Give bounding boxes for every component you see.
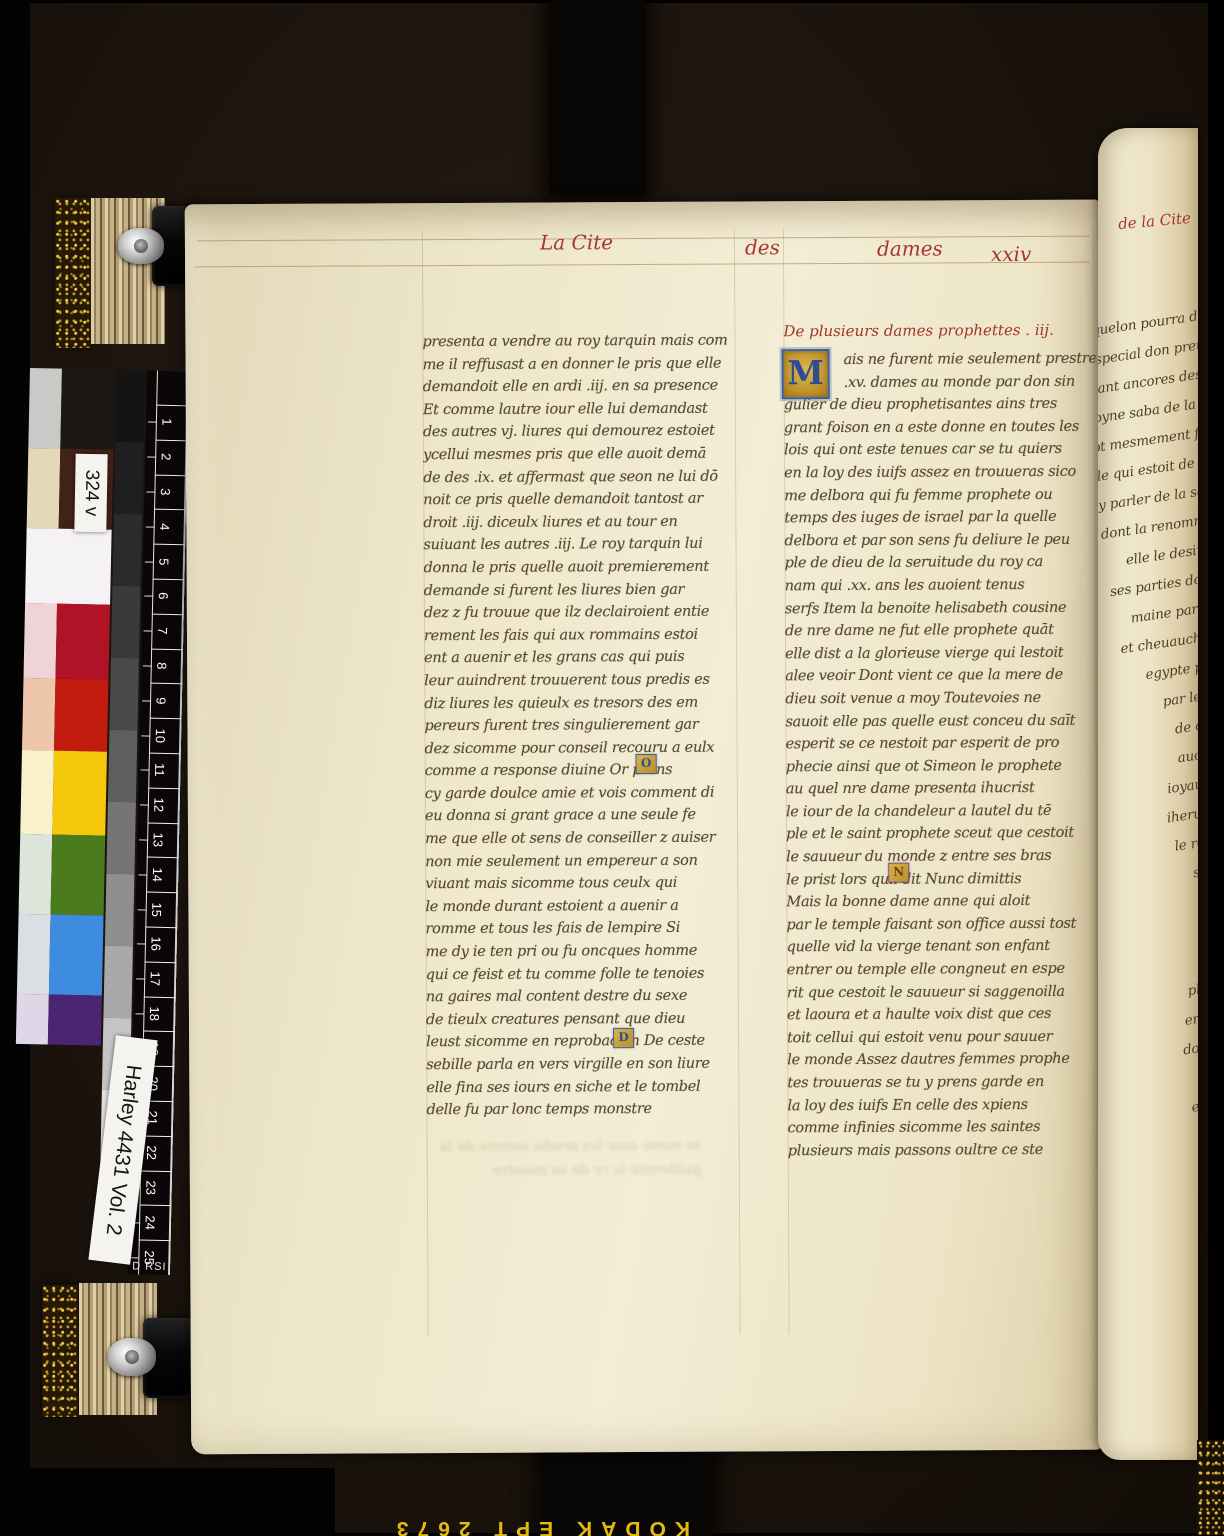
text-line: me dy ie ten pri ou fu oncques homme	[426, 940, 738, 964]
grayscale-step	[114, 442, 144, 515]
text-line: pereurs furent tres singulierement gar	[424, 714, 736, 738]
color-patch-tint	[27, 448, 61, 529]
grayscale-step	[106, 802, 136, 875]
color-patch-tint	[17, 914, 51, 995]
text-line: ple et le saint prophete sceut que cesto…	[786, 822, 1098, 846]
running-title-part: xxiv	[991, 242, 1031, 266]
text-line: dieu soit venue a moy Toutevoies ne	[785, 687, 1097, 711]
text-line: au quel nre dame presenta ihucrist	[786, 777, 1098, 801]
color-patch-row	[24, 603, 111, 680]
color-patch-row	[19, 834, 106, 916]
color-patch-solid	[51, 835, 106, 916]
text-line: eu donna si grant grace a une seule fe	[425, 804, 737, 828]
text-line: le sauueur du monde z entre ses bras	[786, 845, 1098, 869]
text-line: ent a auenir et les grans cas qui puis	[424, 646, 736, 670]
running-title-part: des	[745, 235, 780, 259]
ruler-mark: 1	[146, 404, 189, 440]
film-edge-marking: KODAK EPT 2673	[318, 1506, 690, 1536]
color-patch-row	[25, 528, 112, 605]
text-line: alee veoir Dont vient ce que la mere de	[785, 664, 1097, 688]
text-line: le monde durant estoient a auenir a	[425, 894, 737, 918]
text-line: tes trouueras se tu y prens garde en	[787, 1071, 1099, 1095]
text-line: le iour de la chandeleur a lautel du tē	[786, 800, 1098, 824]
ruler-number: 4	[157, 523, 172, 531]
ruler-mark: 18	[133, 996, 176, 1032]
text-line: temps des iuges de israel par la quelle	[784, 506, 1096, 530]
text-line: romme et tous les fais de lempire Si	[425, 917, 737, 941]
color-patch-solid	[48, 995, 102, 1046]
grayscale-step	[111, 586, 141, 659]
text-line: elle dist a la glorieuse vierge qui lest…	[785, 641, 1097, 665]
text-line: delbora et par son sens fu deliure le pe…	[784, 528, 1096, 552]
ruler-number: 24	[142, 1215, 157, 1230]
ruler-number: 1	[159, 418, 174, 426]
color-patch-row	[22, 678, 108, 752]
color-patch-solid	[54, 679, 108, 752]
color-patch-row	[20, 750, 107, 836]
inline-initial: D	[613, 1028, 634, 1048]
text-line: dez sicomme pour conseil recouru a eulx	[425, 736, 737, 760]
text-line: nam qui .xx. ans les auoient tenus	[785, 574, 1097, 598]
ruler-number: 22	[144, 1145, 159, 1160]
color-patch-solid	[60, 369, 115, 450]
text-line: de des .ix. et affermast que seon ne lui…	[423, 465, 735, 489]
ruler-number: 23	[143, 1180, 158, 1195]
text-line: dez z fu trouue que ilz declairoient ent…	[424, 601, 736, 625]
text-line: par le temple faisant son office aussi t…	[786, 912, 1098, 936]
illuminated-initial: M	[782, 349, 830, 399]
ruler-mark: 3	[144, 474, 187, 510]
ruler-mark: 10	[139, 718, 182, 754]
text-line: sebille parla en vers virgille en son li…	[426, 1053, 738, 1077]
ruler-number: 15	[149, 902, 164, 917]
ruler-mark: 11	[138, 752, 181, 788]
ruler-mark: 2	[145, 439, 188, 475]
color-patch-solid	[52, 751, 107, 836]
text-line: donna le pris quelle auoit premierement	[424, 555, 736, 579]
text-line: demandoit elle en ardi .iij. en sa prese…	[423, 375, 735, 399]
text-line: delle fu par lonc temps monstre	[426, 1098, 738, 1122]
text-line: leust sicomme en reprobacion De ceste	[426, 1030, 738, 1054]
color-patch-row	[17, 914, 104, 996]
text-line: .xv. dames au monde par don sin	[784, 370, 1096, 394]
text-line: me il reffusast a en donner le pris que …	[423, 352, 735, 376]
manuscript-page-verso: La Cite des dames xxiv presenta a vendre…	[185, 200, 1106, 1455]
verso-right-column-lines: ais ne furent mie seulement prestres.xv.…	[784, 348, 1100, 1163]
text-line: viuant mais sicomme tous ceulx qui	[425, 872, 737, 896]
text-line: gulier de dieu prophetisantes ains tres	[784, 393, 1096, 417]
text-line: elle fina ses iours en siche et le tombe…	[426, 1075, 738, 1099]
text-line: grant foison en a este donne en toutes l…	[784, 415, 1096, 439]
grayscale-step	[108, 730, 138, 803]
color-patch-tint	[24, 603, 58, 679]
ruler-number: 8	[154, 662, 169, 670]
running-title-part: La Cite	[540, 230, 613, 254]
text-line: non mie seulement un empereur a son	[425, 849, 737, 873]
color-patch-solid	[56, 604, 111, 680]
manuscript-photograph: 1234567891011121314151617181920212223242…	[0, 0, 1224, 1536]
text-line: diz liures les quieulx es tresors des em	[424, 691, 736, 715]
ruler-number: 14	[150, 867, 165, 882]
photo-bottom-shadow	[0, 1468, 335, 1536]
color-patch-row	[16, 994, 102, 1046]
text-line: Et comme lautre iour elle lui demandast	[423, 397, 735, 421]
text-line: me que elle ot sens de conseiller z auis…	[425, 827, 737, 851]
text-line: cy garde doulce amie et vois comment di	[425, 781, 737, 805]
ghost-line: se mone asse les predis somme de la	[440, 1134, 702, 1159]
text-line: en la loy des iuifs assez en trouueras s…	[784, 461, 1096, 485]
ruler-number: 10	[153, 728, 168, 743]
text-line: quelle vid la vierge tenant son enfant	[787, 935, 1099, 959]
gilt-edge-bottom-right	[1197, 1440, 1224, 1535]
ruler-number: 18	[147, 1006, 162, 1021]
text-line: serfs Item la benoite helisabeth cousine	[785, 596, 1097, 620]
header-ruling-line	[195, 262, 1090, 268]
chapter-rubric: De plusieurs dames prophettes . iij.	[783, 321, 1095, 341]
ruler-number: 11	[152, 763, 167, 777]
text-line: noit ce pris quelle demandoit tantost ar	[423, 488, 735, 512]
grayscale-step	[103, 946, 133, 1019]
manuscript-page-recto: de la Cite e siquelon pourra dire queet …	[1098, 128, 1198, 1460]
text-line: le monde Assez dautres femmes prophe	[787, 1048, 1099, 1072]
text-line: esperit se ce nestoit par esperit de pro	[786, 732, 1098, 756]
text-line: lois qui ont este tenues car se tu quier…	[784, 438, 1096, 462]
ruler-number: 6	[156, 592, 171, 600]
ghost-line: guillemite la re de sa muistre	[440, 1158, 702, 1183]
text-line: de tieulx creatures pensant que dieu	[426, 1007, 738, 1031]
ruler-mark: 8	[140, 648, 183, 684]
text-line: na gaires mal content destre du sexe	[426, 985, 738, 1009]
text-line: phecie ainsi que ot Simeon le prophete	[786, 754, 1098, 778]
text-line: ple de dieu de la seruitude du roy ca	[785, 551, 1097, 575]
show-through-ghost-text: se mone asse les predis somme de laguill…	[440, 1134, 702, 1183]
text-line: qui ce feist et tu comme folle te tenoie…	[426, 962, 738, 986]
gilt-cover-edge-top	[55, 198, 91, 348]
ruler-footer-text: D RSI	[132, 1260, 167, 1273]
text-line: le prist lors quil dit Nunc dimittis	[786, 867, 1098, 891]
text-line: sauoit elle pas quelle eust conceu du sa…	[785, 709, 1097, 733]
ruler-number: 5	[156, 558, 171, 566]
ruler-mark: 4	[143, 509, 186, 545]
text-line: et laoura et a haulte voix dist que ces	[787, 1003, 1099, 1027]
color-patch-row	[28, 368, 115, 450]
ruler-number: 12	[151, 798, 166, 813]
text-line: entrer ou temple elle congneut en espe	[787, 958, 1099, 982]
color-patch-tint	[20, 750, 54, 835]
ruler-mark: 7	[141, 613, 184, 649]
ruler-mark: 6	[142, 578, 185, 614]
header-ruling-line	[197, 236, 1090, 242]
ruler-number: 7	[155, 627, 170, 635]
running-title-part: dames	[877, 236, 943, 260]
text-line: la loy des iuifs En celle des xpiens	[787, 1093, 1099, 1117]
ruler-mark: 5	[143, 544, 186, 580]
ruler-number: 13	[150, 832, 165, 847]
grayscale-step	[109, 658, 139, 731]
color-patch-tint	[19, 834, 53, 915]
text-line: leur auindrent trouuerent tous predis es	[424, 668, 736, 692]
text-line: me delbora qui fu femme prophete ou	[784, 483, 1096, 507]
text-line: demande si furent les liures bien gar	[424, 578, 736, 602]
recto-running-title: de la Cite	[1117, 209, 1191, 233]
clip-fastener-top	[118, 228, 164, 264]
text-line: suiuant les autres .iij. Le roy tarquin …	[423, 533, 735, 557]
text-line: droit .iij. diceulx liures et au tour en	[423, 510, 735, 534]
ruler-mark: 17	[134, 961, 177, 997]
text-line: rit que cestoit le sauueur si saggenoill…	[787, 980, 1099, 1004]
text-line: toit cellui qui estoit venu pour sauuer	[787, 1025, 1099, 1049]
ruler-number: 9	[153, 697, 168, 705]
text-line: plusieurs mais passons oultre ce ste	[788, 1138, 1100, 1162]
recto-text-block: e siquelon pourra dire queet par especia…	[1098, 296, 1198, 1218]
text-line: comme infinies sicomme les saintes	[788, 1116, 1100, 1140]
ruler-number: 16	[148, 937, 163, 952]
inline-initial: O	[636, 754, 657, 774]
grayscale-step	[105, 874, 135, 947]
color-patch-tint	[16, 994, 49, 1045]
text-line: presenta a vendre au roy tarquin mais co…	[422, 330, 734, 354]
ruler-mark: 16	[135, 926, 178, 962]
grayscale-step	[112, 514, 142, 587]
text-line: ycellui mesmes pris que elle auoit demā	[423, 442, 735, 466]
text-line: de nre dame ne fut elle prophete quāt	[785, 619, 1097, 643]
grayscale-step	[115, 370, 145, 443]
ruler-mark: 15	[135, 891, 178, 927]
ruler-number: 2	[159, 453, 174, 461]
inline-initial: N	[888, 863, 909, 883]
ruler-mark: 12	[138, 787, 181, 823]
text-line: des autres vj. liures qui demourez estoi…	[423, 420, 735, 444]
ruler-mark: 14	[136, 857, 179, 893]
ruler-number: 3	[158, 488, 173, 496]
cradle-strap-top	[550, 0, 646, 195]
gilt-cover-edge-bottom	[42, 1285, 78, 1417]
text-line: ais ne furent mie seulement prestres	[784, 348, 1096, 372]
ruler-number: 17	[148, 972, 163, 987]
ruler-mark: 13	[137, 822, 180, 858]
color-patch-tint	[22, 678, 56, 751]
folio-number-label: 324 v	[74, 454, 107, 533]
color-patch-tint	[28, 368, 62, 449]
text-line: rement les fais qui aux rommains estoi	[424, 623, 736, 647]
text-line: comme a response diuine Or prens	[425, 759, 737, 783]
ruler-mark: 9	[140, 683, 183, 719]
clip-fastener-bottom	[108, 1338, 156, 1376]
verso-left-column: presenta a vendre au roy tarquin mais co…	[422, 330, 738, 1122]
color-patch-solid	[49, 915, 104, 996]
text-line: Mais la bonne dame anne qui aloit	[786, 890, 1098, 914]
